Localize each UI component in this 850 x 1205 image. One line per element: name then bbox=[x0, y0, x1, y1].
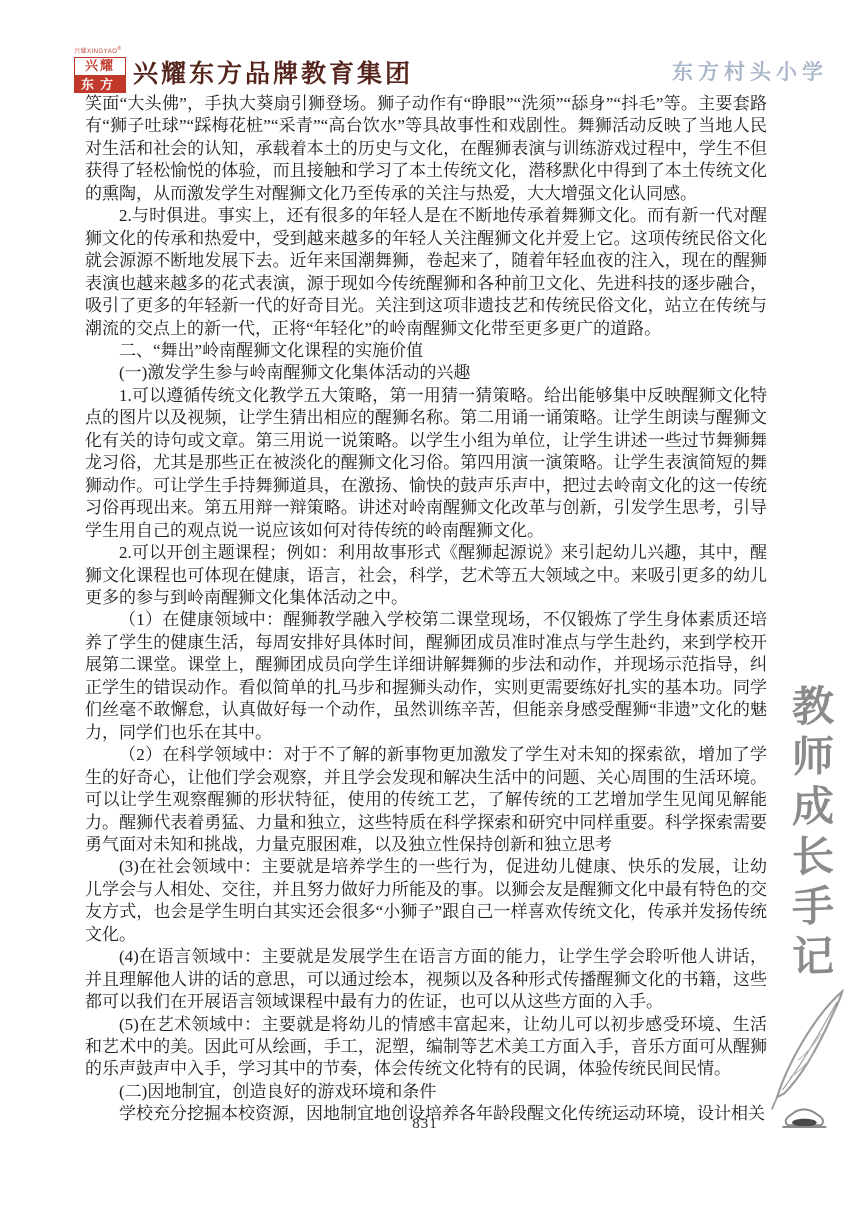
paragraph: (5)在艺术领域中：主要就是将幼儿的情感丰富起来，让幼儿可以初步感受环境、生活和… bbox=[85, 1014, 767, 1081]
paragraph: (4)在语言领域中：主要就是发展学生在语言方面的能力，让学生学会聆听他人讲话，并… bbox=[85, 946, 767, 1013]
paragraph: (3)在社会领域中：主要就是培养学生的一些行为，促进幼儿健康、快乐的发展，让幼儿… bbox=[85, 856, 767, 946]
page-number: 831 bbox=[0, 1116, 850, 1133]
paragraph: （1）在健康领域中：醒狮教学融入学校第二课堂现场，不仅锻炼了学生身体素质还培养了… bbox=[85, 609, 767, 744]
paragraph: 1.可以遵循传统文化教学五大策略，第一用猜一猜策略。给出能够集中反映醒狮文化特点… bbox=[85, 385, 767, 542]
paragraph: （2）在科学领域中：对于不了解的新事物更加激发了学生对未知的探索欲，增加了学生的… bbox=[85, 744, 767, 856]
watermark-text: 教师成长手记 bbox=[780, 683, 840, 995]
paragraph: 2.可以开创主题课程；例如：利用故事形式《醒狮起源说》来引起幼儿兴趣，其中，醒狮… bbox=[85, 542, 767, 609]
registered-mark: ® bbox=[117, 46, 121, 52]
org-seal-top-label: 兴耀 bbox=[75, 58, 125, 76]
paragraph: 二、“舞出”岭南醒狮文化课程的实施价值 bbox=[85, 340, 767, 362]
document-body: 笑面“大头佛”，手执大葵扇引狮登场。狮子动作有“睁眼”“洗须”“舔身”“抖毛”等… bbox=[85, 93, 767, 1126]
org-logo: 兴耀XINGYAO® 兴耀 东方 bbox=[74, 46, 130, 92]
org-seal-bottom-label: 东方 bbox=[75, 76, 125, 93]
org-seal-icon: 兴耀 东方 bbox=[74, 57, 126, 93]
document-page: 兴耀XINGYAO® 兴耀 东方 兴耀东方品牌教育集团 东方村头小学 笑面“大头… bbox=[0, 0, 850, 1205]
school-name: 东方村头小学 bbox=[672, 56, 828, 86]
org-logo-top-text: 兴耀XINGYAO® bbox=[74, 46, 130, 56]
quill-inkwell-icon bbox=[763, 986, 850, 1136]
paragraph: (一)激发学生参与岭南醒狮文化集体活动的兴趣 bbox=[85, 362, 767, 384]
paragraph: (二)因地制宜，创造良好的游戏环境和条件 bbox=[85, 1081, 767, 1103]
paragraph: 笑面“大头佛”，手执大葵扇引狮登场。狮子动作有“睁眼”“洗须”“舔身”“抖毛”等… bbox=[85, 93, 767, 205]
paragraph: 2.与时俱进。事实上，还有很多的年轻人是在不断地传承着舞狮文化。而有新一代对醒狮… bbox=[85, 205, 767, 340]
org-name: 兴耀东方品牌教育集团 bbox=[133, 54, 413, 90]
